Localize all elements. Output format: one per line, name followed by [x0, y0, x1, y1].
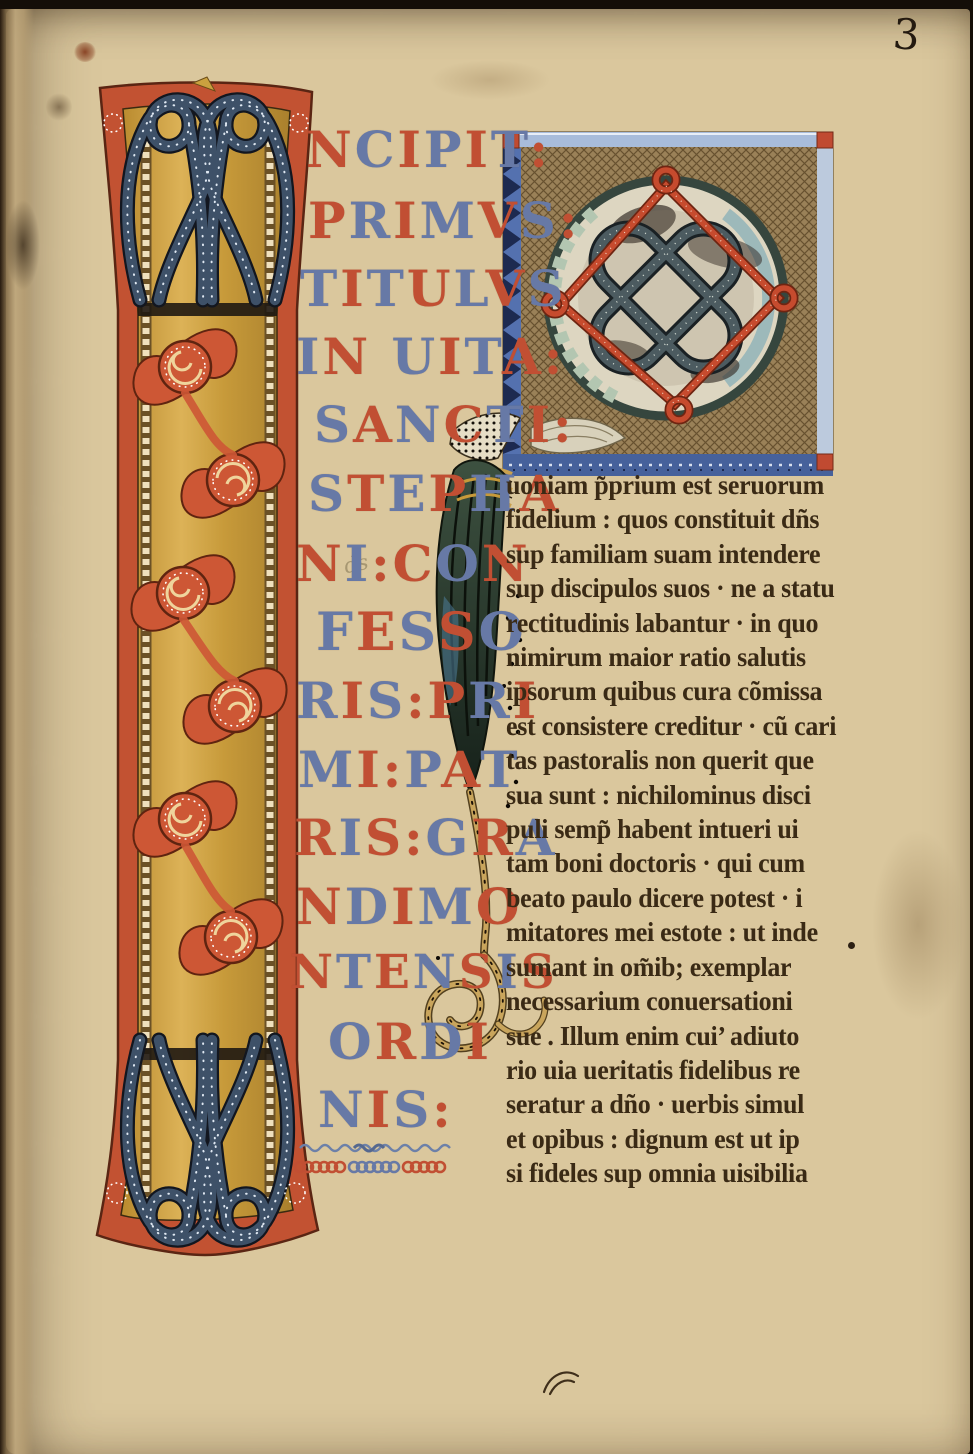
text-line: sup discipulos suos · ne a statu [506, 571, 886, 607]
rubric-line: TITULVS [300, 259, 567, 318]
text-line: uoniam p̃prium est seruorum [506, 468, 886, 504]
text-line: mitatores mei estote : ut inde [506, 915, 886, 951]
text-line: puli semp̃ habent intueri ui [506, 812, 886, 848]
text-line: beato paulo dicere potest · i [506, 881, 886, 917]
rubric-line: NI:CON [296, 534, 531, 593]
text-line: si fideles sup omnia uisibilia [506, 1156, 886, 1192]
rubric-squiggle-filler [298, 1140, 458, 1154]
rubric-line: NCIPIT: [306, 120, 551, 179]
text-line: sue . Illum enim cui’ adiuto [506, 1019, 886, 1055]
text-line: sua sunt : nichilominus disci [506, 778, 886, 814]
rubric-line: NDIMO [296, 877, 522, 936]
text-line: sup familiam suam intendere [506, 537, 886, 573]
text-line: necessarium conuersationi [506, 984, 886, 1020]
text-line: rio uia ueritatis fidelibus re [506, 1053, 886, 1089]
body-text-block: uoniam p̃prium est seruorumfidelium : qu… [506, 468, 886, 1191]
text-line: nimirum maior ratio salutis [506, 640, 886, 676]
rubric-line: MI:PAT [298, 740, 520, 799]
folio-number: 3 [891, 9, 921, 60]
rubric-line: ORDI [328, 1012, 492, 1071]
text-line: sumant in om̃ib; exemplar [506, 950, 886, 986]
rubric-line: FESSO [316, 602, 527, 663]
rubric-line: IN UITA: [296, 327, 565, 386]
rubric-line: NIS: [318, 1080, 454, 1139]
book-gutter-edge [0, 9, 34, 1454]
initial-i-illumination [85, 75, 330, 1265]
text-line: tam boni doctoris · qui cum [506, 846, 886, 882]
text-line: fidelium : quos constituit dñs [506, 502, 886, 538]
rubric-line: SANCTI: [314, 395, 574, 454]
manuscript-photo: 3 ds [0, 0, 973, 1454]
text-line: est consistere creditur · cũ cari [506, 709, 886, 745]
text-line: tas pastoralis non querit que [506, 743, 886, 779]
fiber-blemish [540, 1366, 584, 1400]
rubric-line: PRIMVS: [308, 191, 580, 250]
text-line: rectitudinis labantur · in quo [506, 606, 886, 642]
rubric-line: RIS:PRI [296, 671, 539, 730]
text-line: ipsorum quibus cura cõmissa [506, 674, 886, 710]
rubric-chain-filler [293, 1158, 463, 1176]
text-line: et opibus : dignum est ut ip [506, 1122, 886, 1158]
text-line: seratur a dño · uerbis simul [506, 1087, 886, 1123]
